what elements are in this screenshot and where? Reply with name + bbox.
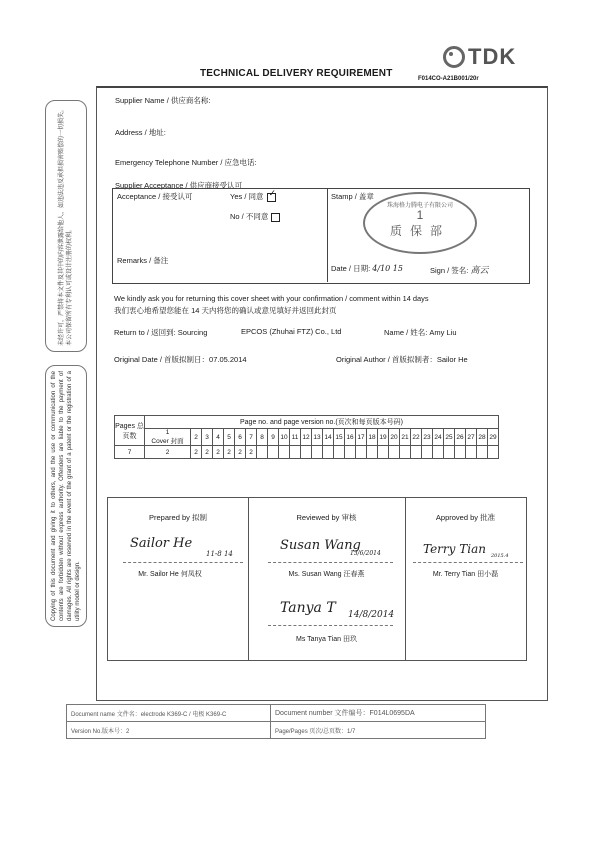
- address-label: Address / 地址:: [115, 127, 166, 138]
- supplier-name-label: Supplier Name / 供应商名称:: [115, 95, 210, 106]
- page-version-cell: [268, 446, 279, 459]
- page-version-header: Page no. and page version no.(页次和每页版本号码): [145, 416, 499, 429]
- instruction-zh: 我们衷心地希望您能在 14 天内将您的确认或意见填好并返回此封页: [114, 305, 337, 316]
- page-number-cell: 21: [400, 429, 411, 446]
- document-title: TECHNICAL DELIVERY REQUIREMENT: [200, 68, 393, 79]
- version-number: Version No.版本号：2: [67, 722, 271, 739]
- page-version-cell: 2: [202, 446, 213, 459]
- return-name: Name / 姓名: Amy Liu: [384, 327, 457, 338]
- page-version-cell: [290, 446, 301, 459]
- page-version-cell: [378, 446, 389, 459]
- page-number-cell: 29: [488, 429, 499, 446]
- reviewed-signature-2: Tanya T: [280, 600, 336, 616]
- stamp-number: 1: [365, 209, 475, 222]
- page-version-cell: [356, 446, 367, 459]
- sign-value: 高云: [470, 266, 488, 276]
- page-version-cell: 2: [213, 446, 224, 459]
- prepared-date: 11-8 14: [206, 550, 233, 558]
- page-version-cell: [411, 446, 422, 459]
- page-version-cell: [488, 446, 499, 459]
- page-number-cell: 4: [213, 429, 224, 446]
- page-version-cell: [466, 446, 477, 459]
- no-label: No / 不同意: [230, 212, 268, 221]
- approved-label: Approved by 批准: [405, 512, 526, 523]
- page-version-cell: [477, 446, 488, 459]
- page-number-cell: 7: [246, 429, 257, 446]
- page-version-cell: [367, 446, 378, 459]
- page-number-cell: 20: [389, 429, 400, 446]
- page-count: Page/Pages 页次/总页数：1/7: [271, 722, 486, 739]
- document-name: Document name 文件名：electrode K369-C / 电极 …: [67, 705, 271, 722]
- page-number-cell: 18: [367, 429, 378, 446]
- confidentiality-note-en: Copying of this document and giving it t…: [45, 365, 87, 627]
- confidentiality-note-zh: 未经许可，严禁将本文件及其中的内容泄露给他人，如违法违反承担损害赔偿的一切损失。…: [45, 100, 87, 352]
- page-number-cell: 13: [312, 429, 323, 446]
- form-number: F014CO-A21B001/20r: [418, 76, 479, 82]
- page-version-cell: [400, 446, 411, 459]
- yes-checkbox[interactable]: ✓: [267, 193, 276, 202]
- acceptance-label: Acceptance / 接受认可: [117, 191, 192, 202]
- no-checkbox[interactable]: [271, 213, 280, 222]
- page-number-cell: 3: [202, 429, 213, 446]
- page-number-cell: 6: [235, 429, 246, 446]
- return-company: EPCOS (Zhuhai FTZ) Co., Ltd: [241, 327, 341, 336]
- prepared-label: Prepared by 拟制: [108, 512, 248, 523]
- reviewed-label: Reviewed by 审核: [248, 512, 405, 523]
- page-number-cell: 11: [290, 429, 301, 446]
- approved-name: Mr. Terry Tian 田小磊: [405, 569, 526, 579]
- document-number: Document number 文件编号：F014L0695DA: [271, 705, 486, 722]
- remarks-label: Remarks / 备注: [117, 255, 168, 266]
- confidentiality-text-en: Copying of this document and giving it t…: [50, 371, 82, 621]
- yes-label: Yes / 同意: [230, 192, 264, 201]
- page-version-cell: [301, 446, 312, 459]
- approved-signature: Terry Tian: [423, 542, 486, 556]
- yes-option[interactable]: Yes / 同意✓: [230, 191, 276, 202]
- page-number-cell: 14: [323, 429, 334, 446]
- page-number-cell: 16: [345, 429, 356, 446]
- no-option[interactable]: No / 不同意: [230, 211, 280, 222]
- page-number-cell: 22: [411, 429, 422, 446]
- tdk-logo-icon: [443, 46, 465, 68]
- page-version-cell: [433, 446, 444, 459]
- page-number-cell: 9: [268, 429, 279, 446]
- approved-column: Approved by 批准 Terry Tian 2015.4 Mr. Ter…: [405, 498, 526, 660]
- stamp-department: 质保部: [365, 222, 475, 239]
- reviewed-column: Reviewed by 审核 Susan Wang 13/6/2014 Ms. …: [248, 498, 406, 660]
- return-to-label: Return to / 返回到: Sourcing: [114, 327, 207, 338]
- page-number-cell: 23: [422, 429, 433, 446]
- page-version-cell: [334, 446, 345, 459]
- date-label: Date / 日期:: [331, 264, 370, 273]
- page-version-cell: [323, 446, 334, 459]
- cover-page-number: 1: [145, 429, 190, 436]
- reviewed-name-2: Ms Tanya Tian 田玖: [248, 634, 405, 644]
- page-version-cell: [422, 446, 433, 459]
- page-version-cell: [389, 446, 400, 459]
- total-pages-value: 7: [115, 446, 145, 459]
- reviewed-date-2: 14/8/2014: [348, 610, 394, 620]
- brand-logo: TDK: [443, 44, 516, 70]
- page-number-cell: 8: [257, 429, 268, 446]
- page-number-cell: 2: [191, 429, 202, 446]
- page-version-cell: [455, 446, 466, 459]
- page-number-cell: 15: [334, 429, 345, 446]
- approved-date: 2015.4: [491, 553, 509, 559]
- reviewed-signature: Susan Wang: [280, 538, 361, 553]
- page-number-cell: 27: [466, 429, 477, 446]
- prepared-column: Prepared by 拟制 Sailor He 11-8 14 Mr. Sai…: [108, 498, 249, 660]
- prepared-sign-line: [123, 562, 243, 563]
- page-number-cell: 12: [301, 429, 312, 446]
- page-number-cell: 28: [477, 429, 488, 446]
- brand-name: TDK: [468, 44, 516, 70]
- company-stamp: 珠海格力腾电子有限公司 1 质保部: [363, 192, 477, 254]
- page-number-cell: 5: [224, 429, 235, 446]
- prepared-signature: Sailor He: [130, 536, 192, 551]
- document-footer: Document name 文件名：electrode K369-C / 电极 …: [66, 704, 486, 739]
- cover-header: 1Cover 封面: [145, 429, 191, 446]
- pages-header: Pages 总页数: [115, 416, 145, 446]
- page-version-cell: [345, 446, 356, 459]
- sign-field: Sign / 签名: 高云: [430, 263, 488, 276]
- date-value: 4/10 15: [372, 264, 403, 273]
- signature-box: Prepared by 拟制 Sailor He 11-8 14 Mr. Sai…: [107, 497, 527, 661]
- page-number-cell: 10: [279, 429, 290, 446]
- page-number-cell: 17: [356, 429, 367, 446]
- emergency-phone-label: Emergency Telephone Number / 应急电话:: [115, 157, 257, 168]
- original-author: Original Author / 首版拟制者：Sailor He: [336, 354, 468, 365]
- page-version-cell: [444, 446, 455, 459]
- page-number-cell: 19: [378, 429, 389, 446]
- page-version-table: Pages 总页数 Page no. and page version no.(…: [114, 415, 499, 459]
- page-number-cell: 24: [433, 429, 444, 446]
- sign-label: Sign / 签名:: [430, 266, 468, 275]
- page-version-cell: [257, 446, 268, 459]
- reviewed-sign-line-2: [268, 625, 393, 626]
- page-version-cell: [312, 446, 323, 459]
- instruction-en: We kindly ask you for returning this cov…: [114, 294, 429, 303]
- check-mark-icon: ✓: [269, 188, 277, 199]
- approved-sign-line: [413, 562, 523, 563]
- reviewed-sign-line: [268, 562, 393, 563]
- page-number-cell: 26: [455, 429, 466, 446]
- prepared-name: Mr. Sailor He 何凤权: [100, 569, 240, 579]
- reviewed-date: 13/6/2014: [350, 550, 381, 557]
- page-version-cell: [279, 446, 290, 459]
- reviewed-name: Ms. Susan Wang 汪春燕: [248, 569, 405, 579]
- cover-label: Cover 封面: [145, 436, 190, 445]
- page-version-cell: 2: [224, 446, 235, 459]
- date-field: Date / 日期: 4/10 15: [331, 263, 403, 274]
- confidentiality-text-zh: 未经许可，严禁将本文件及其中的内容泄露给他人，如违法违反承担损害赔偿的一切损失。…: [58, 106, 74, 346]
- page-version-cell: 2: [235, 446, 246, 459]
- cover-version-value: 2: [145, 446, 191, 459]
- acceptance-divider: [327, 188, 328, 282]
- original-date: Original Date / 首版拟制日：07.05.2014: [114, 354, 247, 365]
- page-number-cell: 25: [444, 429, 455, 446]
- page-version-cell: 2: [246, 446, 257, 459]
- page-version-cell: 2: [191, 446, 202, 459]
